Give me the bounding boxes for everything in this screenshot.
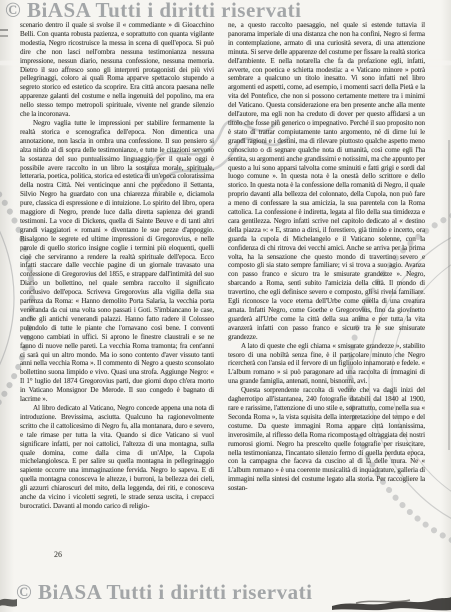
scan-smudge-bottom-right	[332, 597, 451, 610]
paragraph: Al libro dedicato al Vaticano, Negro con…	[20, 404, 214, 511]
scan-smudge-bottom-left	[0, 599, 17, 607]
scan-mark-left-edge	[0, 29, 8, 31]
copyright-watermark-top: © BiASA Tutti i diritti riservati	[5, 0, 301, 23]
paragraph: Questa sorprendente raccolta di vedute c…	[228, 386, 425, 493]
text-column-left: scenario dentro il quale si svolse il « …	[20, 21, 214, 547]
paragraph: Negro vaglia tutte le impressioni per st…	[20, 119, 214, 404]
copyright-watermark-bottom: © BiASA Tutti i diritti riservati	[16, 580, 312, 605]
scanned-page: scenario dentro il quale si svolse il « …	[0, 0, 451, 612]
page-edge-line	[448, 140, 450, 450]
page-number: 26	[54, 550, 62, 559]
text-column-right: ne, a questo raccolto paesaggio, nel qua…	[228, 21, 425, 547]
paragraph: A lato di queste che egli chiama « smisu…	[228, 342, 425, 387]
paragraph: scenario dentro il quale si svolse il « …	[20, 21, 214, 119]
paragraph: ne, a questo raccolto paesaggio, nel qua…	[228, 21, 425, 342]
